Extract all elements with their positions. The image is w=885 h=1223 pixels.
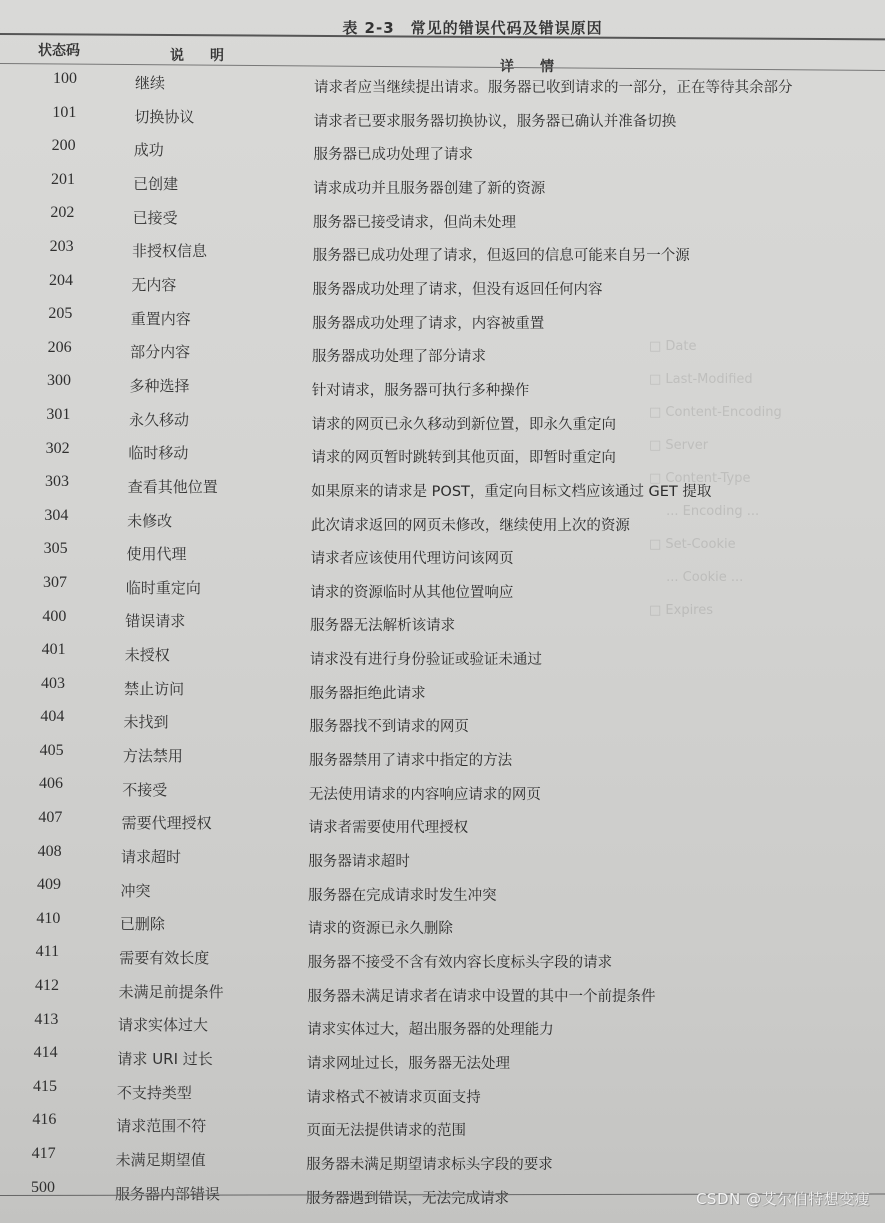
status-description: 临时重定向 [126, 577, 201, 598]
status-description: 无内容 [131, 274, 176, 295]
status-detail: 服务器遇到错误，无法完成请求 [306, 1187, 509, 1208]
status-code: 408 [38, 843, 62, 861]
status-description: 未修改 [127, 510, 172, 531]
status-code: 500 [31, 1179, 55, 1197]
table-row: 101切换协议请求者已要求服务器切换协议，服务器已确认并准备切换 [0, 106, 885, 140]
status-detail: 请求的资源临时从其他位置响应 [310, 581, 513, 602]
table-row: 307临时重定向请求的资源临时从其他位置响应 [0, 576, 885, 610]
status-code: 302 [46, 440, 70, 458]
table-row: 403禁止访问服务器拒绝此请求 [0, 677, 885, 711]
status-detail: 此次请求返回的网页未修改，继续使用上次的资源 [311, 514, 630, 535]
status-description: 需要代理授权 [122, 812, 212, 833]
status-code: 205 [48, 305, 72, 323]
status-code: 401 [42, 641, 66, 659]
status-code: 202 [50, 204, 74, 222]
status-code: 412 [35, 977, 59, 995]
status-code: 305 [44, 540, 68, 558]
status-code: 410 [36, 910, 60, 928]
status-code: 417 [32, 1145, 56, 1163]
status-code: 405 [40, 742, 64, 760]
status-code: 304 [44, 507, 68, 525]
status-code-table: 100继续请求者应当继续提出请求。服务器已收到请求的一部分，正在等待其余部分10… [0, 72, 885, 1214]
status-description: 已接受 [133, 207, 178, 228]
status-description: 请求超时 [121, 846, 181, 867]
table-row: 200成功服务器已成功处理了请求 [0, 139, 885, 173]
table-row: 400错误请求服务器无法解析该请求 [0, 610, 885, 644]
table-row: 409冲突服务器在完成请求时发生冲突 [0, 878, 885, 912]
status-detail: 服务器成功处理了请求，但没有返回任何内容 [313, 278, 603, 299]
status-detail: 如果原来的请求是 POST，重定向目标文档应该通过 GET 提取 [311, 480, 711, 501]
table-row: 304未修改此次请求返回的网页未修改，继续使用上次的资源 [0, 509, 885, 543]
status-detail: 服务器已成功处理了请求，但返回的信息可能来自另一个源 [313, 244, 690, 265]
column-header-code: 状态码 [38, 40, 80, 60]
status-code: 407 [38, 809, 62, 827]
status-detail: 无法使用请求的内容响应请求的网页 [309, 783, 541, 804]
status-code: 403 [41, 675, 65, 693]
table-row: 413请求实体过大请求实体过大，超出服务器的处理能力 [0, 1013, 885, 1047]
status-description: 不接受 [122, 779, 167, 800]
status-code: 204 [49, 272, 73, 290]
status-code: 100 [53, 70, 77, 88]
status-detail: 请求没有进行身份验证或验证未通过 [310, 648, 542, 669]
table-header-rule [0, 63, 885, 71]
table-row: 301永久移动请求的网页已永久移动到新位置，即永久重定向 [0, 408, 885, 442]
status-detail: 服务器找不到请求的网页 [309, 715, 469, 736]
status-code: 415 [33, 1078, 57, 1096]
status-code: 406 [39, 775, 63, 793]
status-description: 成功 [134, 139, 164, 160]
status-code: 201 [51, 171, 75, 189]
status-detail: 请求者需要使用代理授权 [309, 816, 469, 837]
status-description: 请求实体过大 [118, 1014, 208, 1035]
table-row: 201已创建请求成功并且服务器创建了新的资源 [0, 173, 885, 207]
table-row: 206部分内容服务器成功处理了部分请求 [0, 341, 885, 375]
status-code: 416 [32, 1111, 56, 1129]
status-description: 请求范围不符 [116, 1115, 206, 1136]
status-description: 需要有效长度 [119, 947, 209, 968]
status-description: 未满足前提条件 [119, 981, 224, 1002]
status-description: 错误请求 [125, 610, 185, 631]
status-detail: 服务器已成功处理了请求 [314, 143, 474, 164]
table-row: 415不支持类型请求格式不被请求页面支持 [0, 1080, 885, 1114]
status-detail: 请求的网页已永久移动到新位置，即永久重定向 [312, 413, 617, 434]
status-code: 200 [52, 137, 76, 155]
status-description: 未满足期望值 [116, 1149, 206, 1170]
watermark: CSDN @艾尔伯特想变瘦 [696, 1188, 870, 1209]
status-description: 服务器内部错误 [115, 1183, 220, 1204]
status-detail: 服务器成功处理了请求，内容被重置 [312, 312, 544, 333]
status-detail: 服务器未满足请求者在请求中设置的其中一个前提条件 [307, 985, 655, 1006]
status-code: 303 [45, 473, 69, 491]
table-row: 416请求范围不符页面无法提供请求的范围 [0, 1113, 885, 1147]
status-detail: 服务器未满足期望请求标头字段的要求 [306, 1153, 553, 1174]
status-detail: 请求格式不被请求页面支持 [307, 1086, 481, 1107]
status-code: 206 [48, 339, 72, 357]
column-header-description: 说明 [170, 45, 250, 65]
status-code: 400 [42, 608, 66, 626]
status-description: 多种选择 [130, 375, 190, 396]
status-detail: 请求成功并且服务器创建了新的资源 [313, 177, 545, 198]
status-detail: 请求者应当继续提出请求。服务器已收到请求的一部分，正在等待其余部分 [314, 76, 793, 97]
table-row: 405方法禁用服务器禁用了请求中指定的方法 [0, 744, 885, 778]
status-code: 307 [43, 574, 67, 592]
status-description: 禁止访问 [124, 678, 184, 699]
status-detail: 服务器拒绝此请求 [310, 682, 426, 703]
status-description: 不支持类型 [117, 1082, 192, 1103]
table-row: 408请求超时服务器请求超时 [0, 845, 885, 879]
status-code: 411 [36, 943, 59, 961]
table-row: 303查看其他位置如果原来的请求是 POST，重定向目标文档应该通过 GET 提… [0, 475, 885, 509]
table-row: 202已接受服务器已接受请求，但尚未处理 [0, 206, 885, 240]
table-row: 302临时移动请求的网页暂时跳转到其他页面，即暂时重定向 [0, 442, 885, 476]
table-row: 401未授权请求没有进行身份验证或验证未通过 [0, 643, 885, 677]
status-description: 查看其他位置 [128, 476, 218, 497]
status-description: 未授权 [125, 644, 170, 665]
status-detail: 请求实体过大，超出服务器的处理能力 [307, 1018, 554, 1039]
status-description: 重置内容 [131, 308, 191, 329]
table-row: 203非授权信息服务器已成功处理了请求，但返回的信息可能来自另一个源 [0, 240, 885, 274]
status-description: 已创建 [133, 173, 178, 194]
table-row: 410已删除请求的资源已永久删除 [0, 912, 885, 946]
table-row: 100继续请求者应当继续提出请求。服务器已收到请求的一部分，正在等待其余部分 [0, 72, 885, 106]
status-detail: 请求网址过长，服务器无法处理 [307, 1052, 510, 1073]
status-detail: 服务器已接受请求，但尚未处理 [313, 211, 516, 232]
status-detail: 请求的资源已永久删除 [308, 917, 453, 938]
status-code: 404 [40, 708, 64, 726]
status-detail: 服务器不接受不含有效内容长度标头字段的请求 [308, 951, 613, 972]
status-detail: 服务器成功处理了部分请求 [312, 345, 486, 366]
table-row: 404未找到服务器找不到请求的网页 [0, 710, 885, 744]
status-code: 413 [34, 1011, 58, 1029]
status-detail: 服务器在完成请求时发生冲突 [308, 884, 497, 905]
table-row: 412未满足前提条件服务器未满足请求者在请求中设置的其中一个前提条件 [0, 979, 885, 1013]
status-description: 请求 URI 过长 [117, 1048, 212, 1069]
status-detail: 请求的网页暂时跳转到其他页面，即暂时重定向 [311, 446, 616, 467]
table-row: 204无内容服务器成功处理了请求，但没有返回任何内容 [0, 274, 885, 308]
status-code: 203 [50, 238, 74, 256]
status-description: 临时移动 [128, 442, 188, 463]
status-description: 冲突 [120, 880, 150, 901]
status-code: 301 [46, 406, 70, 424]
status-description: 已删除 [120, 913, 165, 934]
status-description: 使用代理 [127, 543, 187, 564]
table-row: 305使用代理请求者应该使用代理访问该网页 [0, 542, 885, 576]
status-detail: 请求者应该使用代理访问该网页 [311, 547, 514, 568]
status-code: 409 [37, 876, 61, 894]
status-description: 未找到 [123, 711, 168, 732]
status-detail: 请求者已要求服务器切换协议，服务器已确认并准备切换 [314, 110, 677, 131]
status-description: 方法禁用 [123, 745, 183, 766]
table-row: 411需要有效长度服务器不接受不含有效内容长度标头字段的请求 [0, 945, 885, 979]
status-detail: 针对请求，服务器可执行多种操作 [312, 379, 530, 400]
table-row: 417未满足期望值服务器未满足期望请求标头字段的要求 [0, 1147, 885, 1181]
status-code: 300 [47, 372, 71, 390]
table-row: 300多种选择针对请求，服务器可执行多种操作 [0, 374, 885, 408]
status-code: 101 [52, 104, 76, 122]
status-detail: 服务器禁用了请求中指定的方法 [309, 749, 512, 770]
status-detail: 服务器无法解析该请求 [310, 614, 455, 635]
status-description: 继续 [135, 72, 165, 93]
status-detail: 页面无法提供请求的范围 [306, 1119, 466, 1140]
status-description: 永久移动 [129, 409, 189, 430]
table-row: 414请求 URI 过长请求网址过长，服务器无法处理 [0, 1046, 885, 1080]
table-row: 406不接受无法使用请求的内容响应请求的网页 [0, 777, 885, 811]
status-description: 部分内容 [130, 341, 190, 362]
status-code: 414 [34, 1044, 58, 1062]
table-row: 205重置内容服务器成功处理了请求，内容被重置 [0, 307, 885, 341]
status-description: 切换协议 [134, 106, 194, 127]
status-detail: 服务器请求超时 [308, 850, 410, 871]
table-row: 407需要代理授权请求者需要使用代理授权 [0, 811, 885, 845]
status-description: 非授权信息 [132, 240, 207, 261]
book-page: □ Date □ Last-Modified □ Content-Encodin… [0, 0, 885, 1223]
